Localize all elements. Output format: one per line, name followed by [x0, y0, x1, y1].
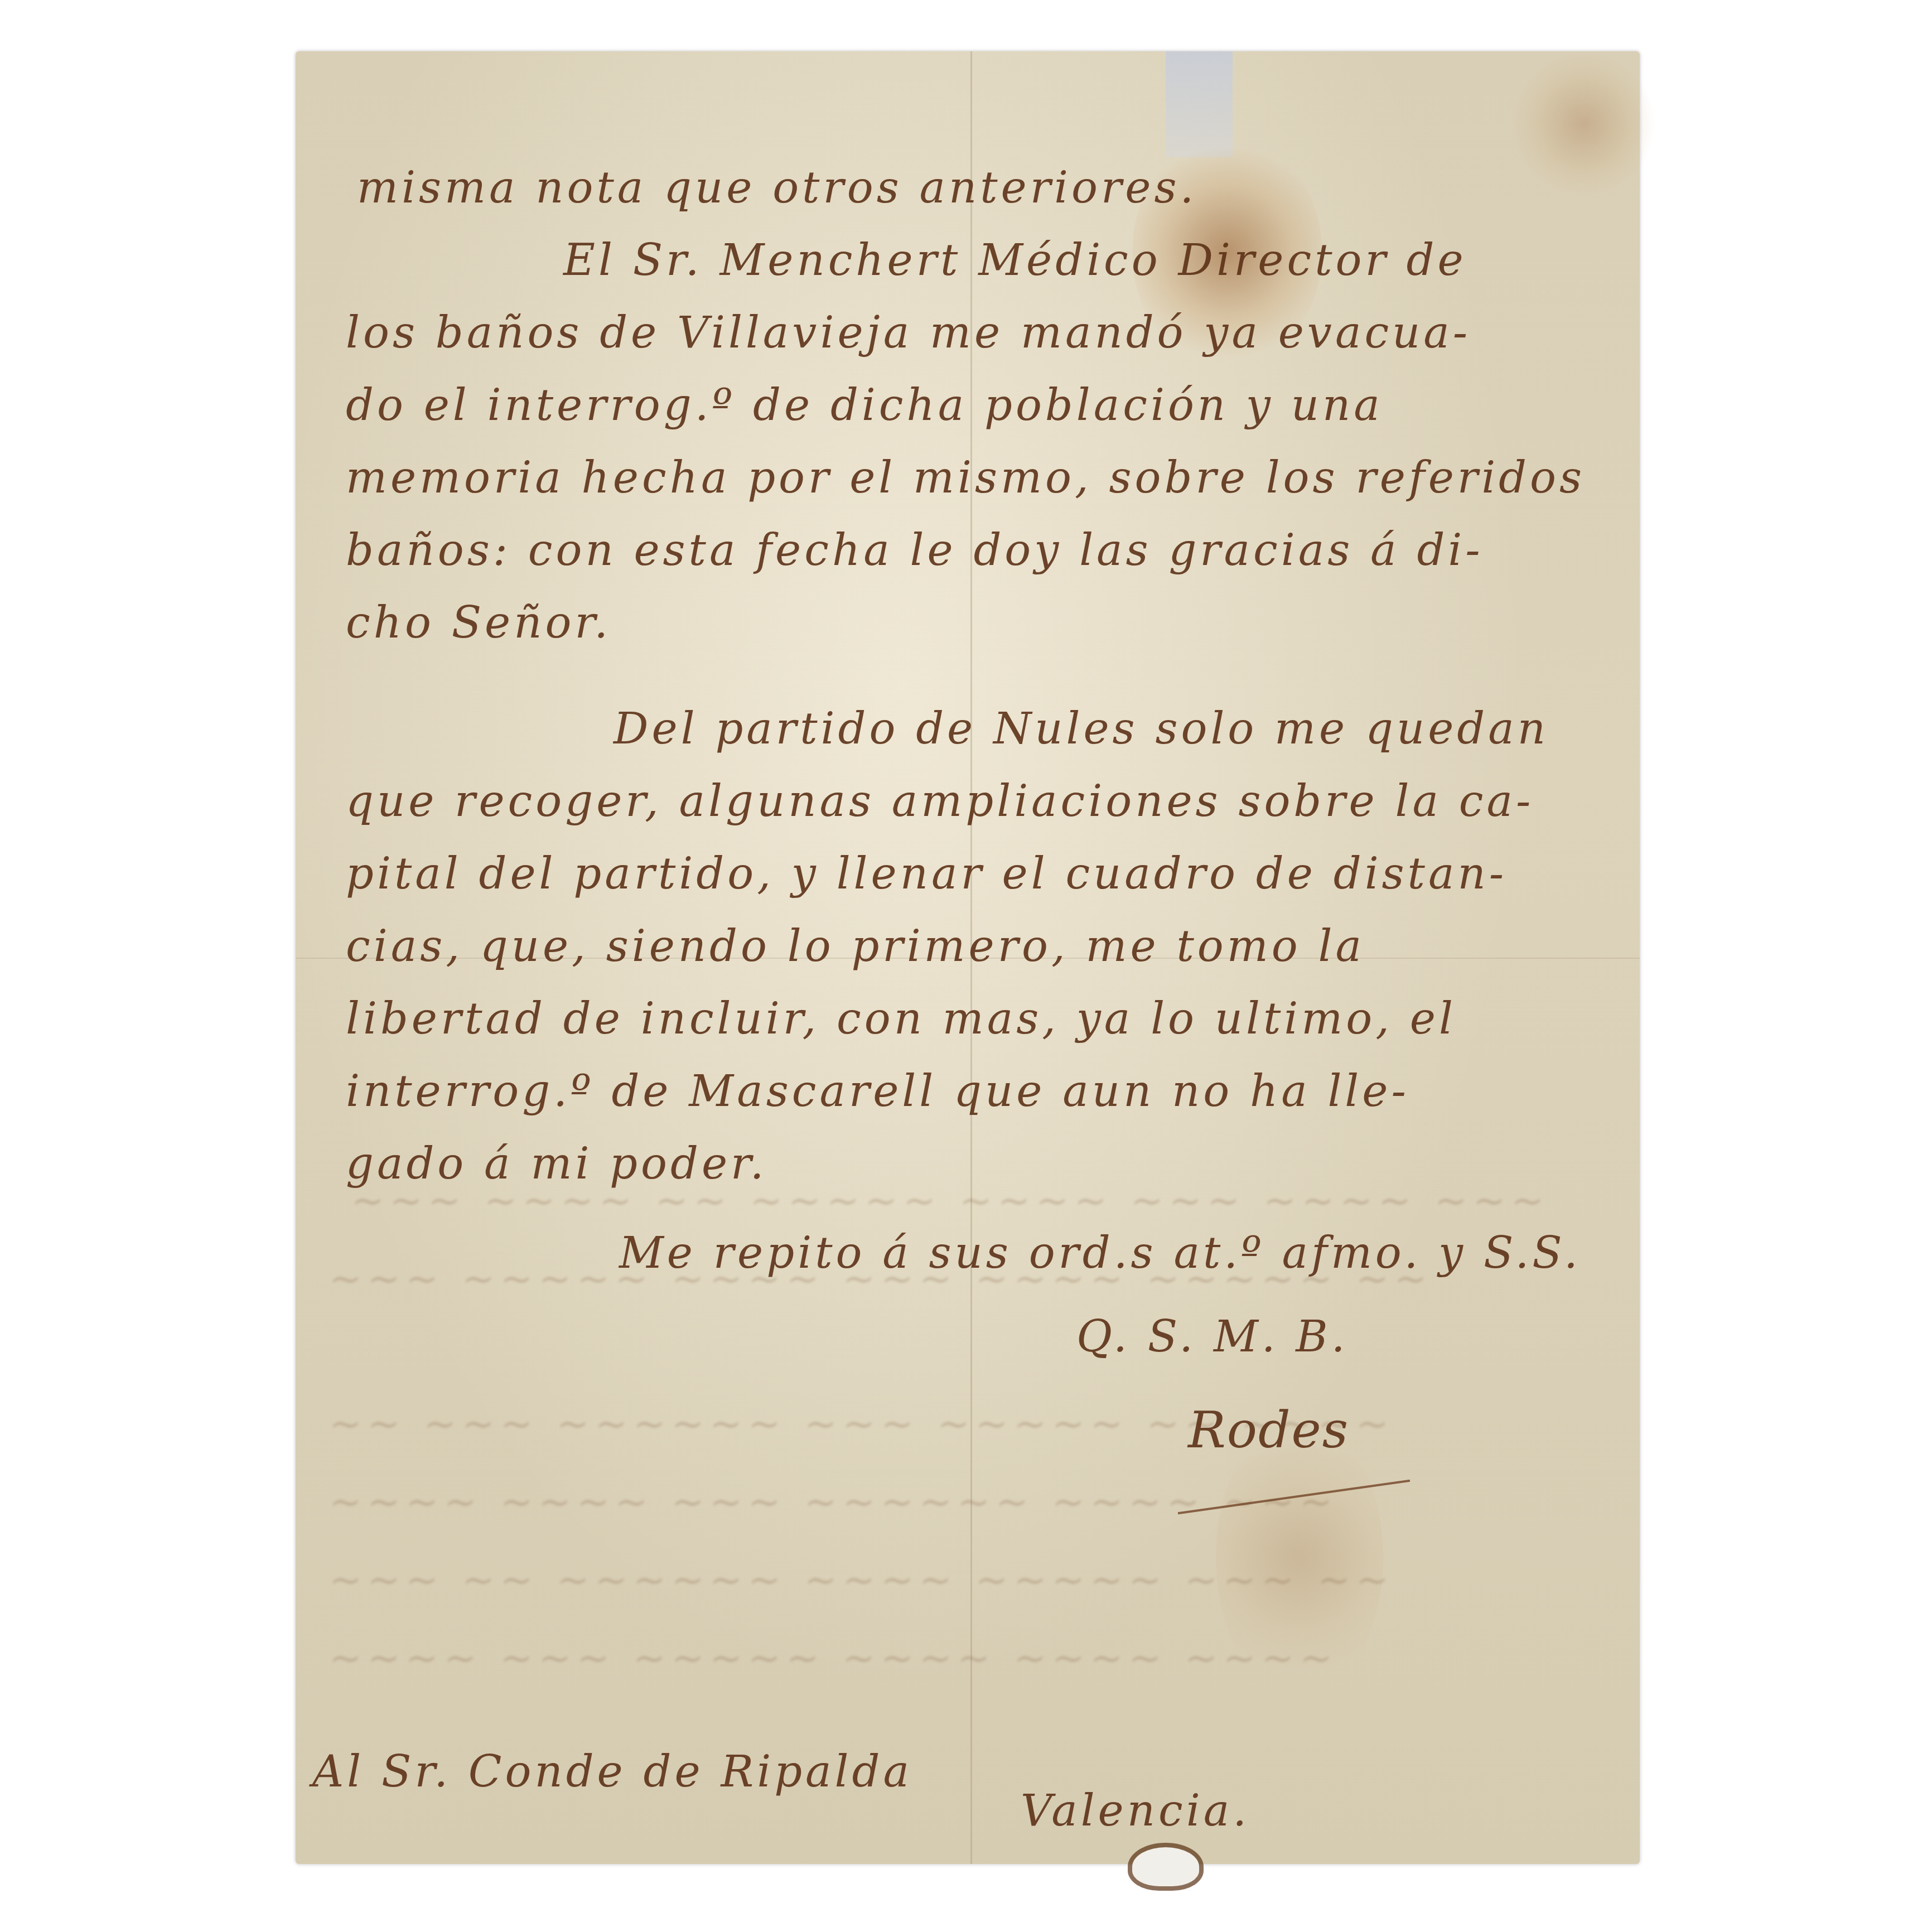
signature: Rodes	[1188, 1401, 1349, 1460]
bleed-through-text: ~~~ ~~ ~~~~~~ ~~~~ ~~~~~ ~~~ ~~	[329, 1557, 1394, 1603]
letter-line: memoria hecha por el mismo, sobre los re…	[346, 453, 1585, 503]
letter-line: El Sr. Menchert Médico Director de	[563, 235, 1467, 286]
letter-line: baños: con esta fecha le doy las gracias…	[346, 525, 1484, 576]
letter-line: cias, que, siendo lo primero, me tomo la	[346, 921, 1365, 972]
letter-line: cho Señor.	[346, 598, 611, 648]
letter-line: interrog.º de Mascarell que aun no ha ll…	[346, 1066, 1409, 1117]
corner-stain	[1511, 51, 1656, 196]
letter-line: do el interrog.º de dicha población y un…	[346, 380, 1383, 431]
letter-line: libertad de incluir, con mas, ya lo ulti…	[346, 994, 1456, 1044]
letter-line: que recoger, algunas ampliaciones sobre …	[346, 776, 1534, 827]
letter-line: misma nota que otros anteriores.	[357, 163, 1197, 213]
closing-formula: Me repito á sus ord.s at.º afmo. y S.S.	[619, 1228, 1581, 1278]
letter-line: pital del partido, y llenar el cuadro de…	[346, 849, 1507, 899]
letter-line: Del partido de Nules solo me quedan	[614, 704, 1549, 754]
addressee: Al Sr. Conde de Ripalda	[312, 1747, 912, 1797]
addressee-city: Valencia.	[1021, 1786, 1250, 1836]
closing-abbreviation: Q. S. M. B.	[1076, 1312, 1348, 1362]
letter-sheet: ~~~ ~~~~ ~~ ~~~~~ ~~~~ ~~~ ~~~~ ~~~ ~~~ …	[296, 51, 1640, 1864]
letter-line: gado á mi poder.	[346, 1139, 767, 1189]
paper-hole	[1132, 1847, 1199, 1886]
bleed-through-text: ~~~~ ~~~~ ~~~ ~~~~~~ ~~~~ ~~~	[329, 1479, 1338, 1525]
bleed-through-text: ~~~~ ~~~ ~~~~~ ~~~~ ~~~~ ~~~~	[329, 1635, 1338, 1681]
letter-line: los baños de Villavieja me mandó ya evac…	[346, 308, 1471, 358]
